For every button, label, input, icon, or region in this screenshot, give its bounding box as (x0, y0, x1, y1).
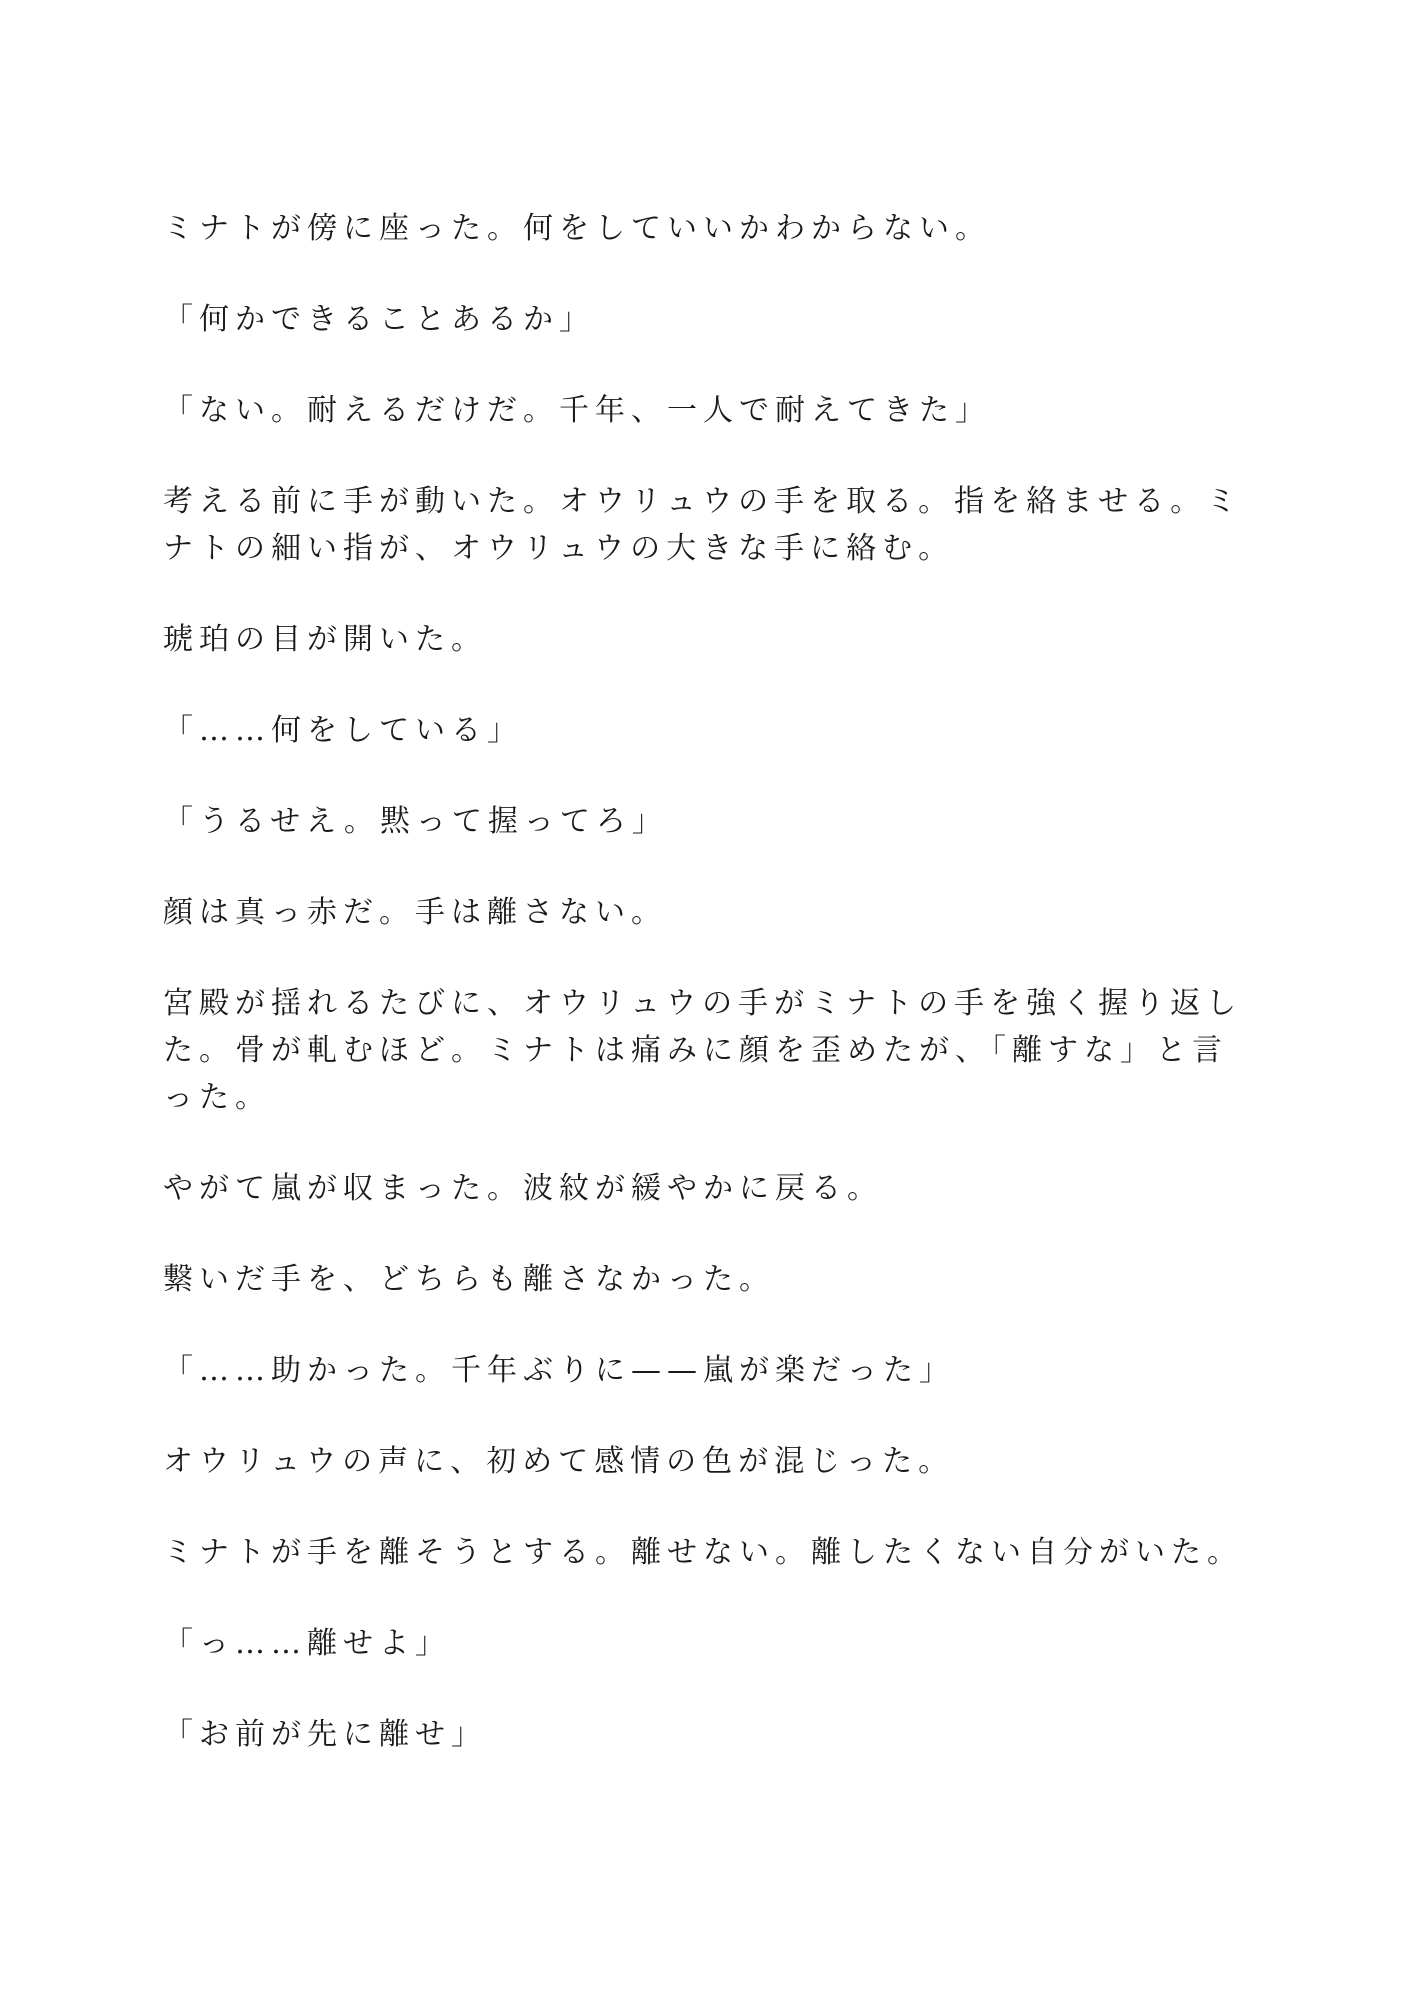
paragraph: 「……助かった。千年ぶりに——嵐が楽だった」 (163, 1347, 1275, 1394)
paragraph: 考える前に手が動いた。オウリュウの手を取る。指を絡ませる。ミナトの細い指が、オウ… (163, 478, 1275, 572)
text-line: ミナトが傍に座った。何をしていいかわからない。 (163, 205, 1275, 252)
text-line: やがて嵐が収まった。波紋が緩やかに戻る。 (163, 1165, 1275, 1212)
text-body: ミナトが傍に座った。何をしていいかわからない。「何かできることあるか」「ない。耐… (163, 205, 1275, 1758)
text-line: 「……助かった。千年ぶりに——嵐が楽だった」 (163, 1347, 1275, 1394)
paragraph: 「っ……離せよ」 (163, 1620, 1275, 1667)
paragraph: 「うるせえ。黙って握ってろ」 (163, 798, 1275, 845)
text-line: 「……何をしている」 (163, 707, 1275, 754)
text-line: 顔は真っ赤だ。手は離さない。 (163, 889, 1275, 936)
text-line: 琥珀の目が開いた。 (163, 616, 1275, 663)
text-line: った。 (163, 1074, 1275, 1121)
paragraph: 繋いだ手を、どちらも離さなかった。 (163, 1256, 1275, 1303)
paragraph: オウリュウの声に、初めて感情の色が混じった。 (163, 1438, 1275, 1485)
text-line: 宮殿が揺れるたびに、オウリュウの手がミナトの手を強く握り返し (163, 980, 1275, 1027)
document-page: ミナトが傍に座った。何をしていいかわからない。「何かできることあるか」「ない。耐… (0, 0, 1415, 2000)
paragraph: 顔は真っ赤だ。手は離さない。 (163, 889, 1275, 936)
text-line: オウリュウの声に、初めて感情の色が混じった。 (163, 1438, 1275, 1485)
text-line: 「何かできることあるか」 (163, 296, 1275, 343)
text-line: 「お前が先に離せ」 (163, 1711, 1275, 1758)
paragraph: 「……何をしている」 (163, 707, 1275, 754)
text-line: 繋いだ手を、どちらも離さなかった。 (163, 1256, 1275, 1303)
text-line: ナトの細い指が、オウリュウの大きな手に絡む。 (163, 525, 1275, 572)
paragraph: ミナトが手を離そうとする。離せない。離したくない自分がいた。 (163, 1529, 1275, 1576)
paragraph: 「お前が先に離せ」 (163, 1711, 1275, 1758)
paragraph: ミナトが傍に座った。何をしていいかわからない。 (163, 205, 1275, 252)
text-line: た。骨が軋むほど。ミナトは痛みに顔を歪めたが、「離すな」と言 (163, 1027, 1275, 1074)
paragraph: 「何かできることあるか」 (163, 296, 1275, 343)
paragraph: 琥珀の目が開いた。 (163, 616, 1275, 663)
paragraph: 宮殿が揺れるたびに、オウリュウの手がミナトの手を強く握り返した。骨が軋むほど。ミ… (163, 980, 1275, 1121)
text-line: ミナトが手を離そうとする。離せない。離したくない自分がいた。 (163, 1529, 1275, 1576)
text-line: 考える前に手が動いた。オウリュウの手を取る。指を絡ませる。ミ (163, 478, 1275, 525)
text-line: 「うるせえ。黙って握ってろ」 (163, 798, 1275, 845)
paragraph: 「ない。耐えるだけだ。千年、一人で耐えてきた」 (163, 387, 1275, 434)
paragraph: やがて嵐が収まった。波紋が緩やかに戻る。 (163, 1165, 1275, 1212)
text-line: 「っ……離せよ」 (163, 1620, 1275, 1667)
text-line: 「ない。耐えるだけだ。千年、一人で耐えてきた」 (163, 387, 1275, 434)
